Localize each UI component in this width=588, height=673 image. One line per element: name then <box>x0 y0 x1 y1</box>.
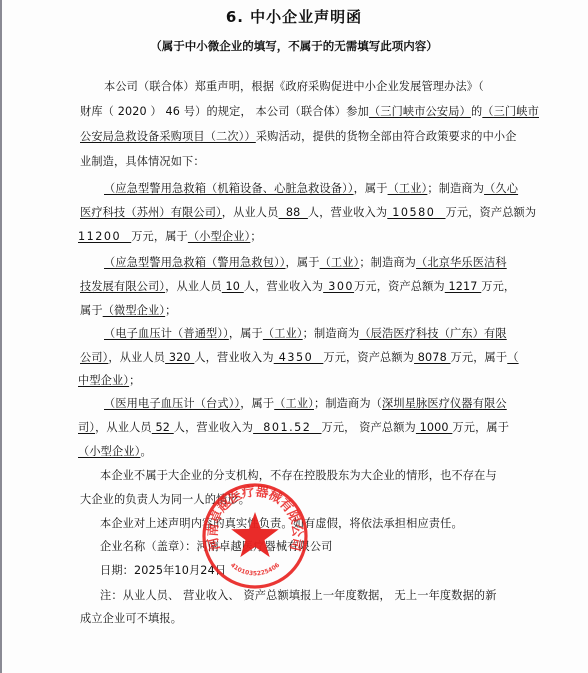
intro-text: 的 <box>471 105 482 118</box>
item-3-line-2: 公司），从业人员 320 人，营业收入为 4350 万元，资产总额为 8078 … <box>80 349 519 365</box>
text: ；制造商为（ <box>314 397 382 410</box>
item-1-line-2: 医疗科技（苏州）有限公司），从业人员 88 人，营业收入为 10580 万元，资… <box>80 204 536 220</box>
text: 人，营业收入为 <box>308 206 387 219</box>
text: ，从业人员 <box>108 351 165 364</box>
intro-text: 采购活动，提供的货物全部由符合政策要求的中小企 <box>256 130 517 143</box>
text: ，从业人员 <box>165 280 222 293</box>
text: ，属于 <box>354 182 388 195</box>
text: ，从业人员 <box>222 206 279 219</box>
employees: 88 <box>279 206 308 219</box>
enterprise-type: （小型企业） <box>78 445 140 458</box>
star-icon <box>231 512 279 557</box>
product-name: （电子血压计（普通型）） <box>104 327 229 340</box>
item-2-line-3: 属于（微型企业）； <box>80 302 176 318</box>
company-seal-stamp: 河南卓越医疗器械有限公司 4101035225406 <box>201 482 309 590</box>
total-assets: 8078 <box>414 351 450 364</box>
item-1-line-1: （应急型警用急救箱（机箱设备、心脏急救设备）），属于（工业）；制造商为（久心 <box>104 180 518 196</box>
employees: 10 <box>222 280 244 293</box>
project-name-part1: （三门峡市 <box>482 105 539 118</box>
employees: 320 <box>165 351 194 364</box>
text: ，属于 <box>229 327 263 340</box>
text: ；制造商为 <box>359 256 416 269</box>
text: ；制造商为 <box>303 327 360 340</box>
text: 万元， <box>481 280 515 293</box>
document-subtitle: （属于中小微企业的填写，不属于的无需填写此项内容） <box>0 38 588 54</box>
text: 万元，资产总额为 <box>446 206 537 219</box>
total-assets: 11200 <box>78 230 131 243</box>
total-assets: 1000 <box>416 421 452 434</box>
enterprise-type: （ <box>507 351 518 364</box>
text: ；制造商为 <box>427 182 484 195</box>
manufacturer: 医疗科技（苏州）有限公司） <box>80 206 222 219</box>
item-3-line-1: （电子血压计（普通型）），属于（工业）；制造商为（辰浩医疗科技（广东）有限 <box>104 325 507 341</box>
intro-line-2: 财库（ 2020 ） 46 号）的规定， 本公司（联合体）参加（三门峡市公安局）… <box>80 103 539 119</box>
date-label: 日期： <box>100 564 134 577</box>
text: 人，营业收入为 <box>174 421 253 434</box>
project-name-part2: 公安局急救设备采购项目（二次）） <box>80 130 256 143</box>
text: 万元， 资产总额为 <box>321 421 415 434</box>
item-2-line-2: 技发展有限公司），从业人员 10 人，营业收入为 300万元，资产总额为 121… <box>80 278 515 294</box>
enterprise-type: （小型企业） <box>188 230 250 243</box>
text: 人，营业收入为 <box>194 351 273 364</box>
item-1-line-3: 11200 万元，属于（小型企业）； <box>78 228 262 244</box>
employees: 52 <box>152 421 174 434</box>
manufacturer: （辰浩医疗科技（广东）有限 <box>359 327 506 340</box>
item-4-line-1: （医用电子血压计（台式）），属于（工业）；制造商为（深圳星脉医疗仪器有限公 <box>104 395 507 411</box>
item-3-line-3: 中型企业）； <box>78 372 140 388</box>
svg-text:4101035225406: 4101035225406 <box>229 562 281 578</box>
text: 万元，资产总额为 <box>354 280 445 293</box>
text: 万元，属于 <box>451 351 508 364</box>
industry: （工业） <box>320 256 360 269</box>
enterprise-type: （微型企业） <box>103 304 165 317</box>
revenue: 801.52 <box>253 421 321 434</box>
revenue: 300 <box>323 280 354 293</box>
manufacturer: 深圳星脉医疗仪器有限公 <box>382 397 507 410</box>
item-4-line-2: 司），从业人员 52 人，营业收入为 801.52 万元， 资产总额为 1000… <box>78 419 509 435</box>
product-name: （应急型警用急救箱（警用急救包）） <box>104 256 286 269</box>
industry: （工业） <box>388 182 428 195</box>
enterprise-type: 中型企业） <box>78 374 129 387</box>
manufacturer: （北京华乐医洁科 <box>416 256 507 269</box>
intro-line-3: 公安局急救设备采购项目（二次））采购活动，提供的货物全部由符合政策要求的中小企 <box>80 128 517 144</box>
text: ，属于 <box>240 397 274 410</box>
product-name: （医用电子血压计（台式）） <box>104 397 240 410</box>
item-2-line-1: （应急型警用急救箱（警用急救包）），属于（工业）；制造商为（北京华乐医洁科 <box>104 254 507 270</box>
text: ，从业人员 <box>95 421 152 434</box>
manufacturer: 技发展有限公司） <box>80 280 165 293</box>
intro-text: 财库（ 2020 ） 46 号）的规定， 本公司（联合体）参加 <box>80 105 369 118</box>
text: ； <box>250 230 261 243</box>
revenue: 10580 <box>387 206 445 219</box>
item-4-line-3: （小型企业）。 <box>78 443 152 459</box>
text: 属于 <box>80 304 103 317</box>
intro-line-1: 本公司（联合体）郑重声明，根据《政府采购促进中小企业发展管理办法》（ <box>104 78 484 94</box>
product-name: （应急型警用急救箱（机箱设备、心脏急救设备）） <box>104 182 354 195</box>
company-label: 企业名称（盖章）： <box>100 540 196 553</box>
note-line-2: 成立企业可不填报。 <box>80 610 182 626</box>
statement-1-line-1: 本企业不属于大企业的分支机构，不存在控股股东为大企业的情形，也不存在与 <box>100 467 497 483</box>
revenue: 4350 <box>274 351 324 364</box>
text: ； <box>165 304 176 317</box>
industry: （工业） <box>263 327 303 340</box>
text: 人，营业收入为 <box>244 280 323 293</box>
intro-line-4: 业制造，具体情况如下： <box>80 153 205 169</box>
document-page: 6. 中小企业声明函 （属于中小微企业的填写，不属于的无需填写此项内容） 本公司… <box>0 0 588 673</box>
text: 万元，资产总额为 <box>323 351 414 364</box>
total-assets: 1217 <box>445 280 481 293</box>
manufacturer: 公司） <box>80 351 108 364</box>
text: 万元，属于 <box>452 421 509 434</box>
text: 万元，属于 <box>131 230 188 243</box>
text: ，属于 <box>286 256 320 269</box>
document-title: 6. 中小企业声明函 <box>0 6 588 27</box>
text: 。 <box>140 445 151 458</box>
manufacturer: 司） <box>78 421 95 434</box>
purchaser-name: （三门峡市公安局） <box>369 105 471 118</box>
text: ； <box>129 374 140 387</box>
manufacturer: （久心 <box>484 182 518 195</box>
industry: （工业） <box>274 397 314 410</box>
